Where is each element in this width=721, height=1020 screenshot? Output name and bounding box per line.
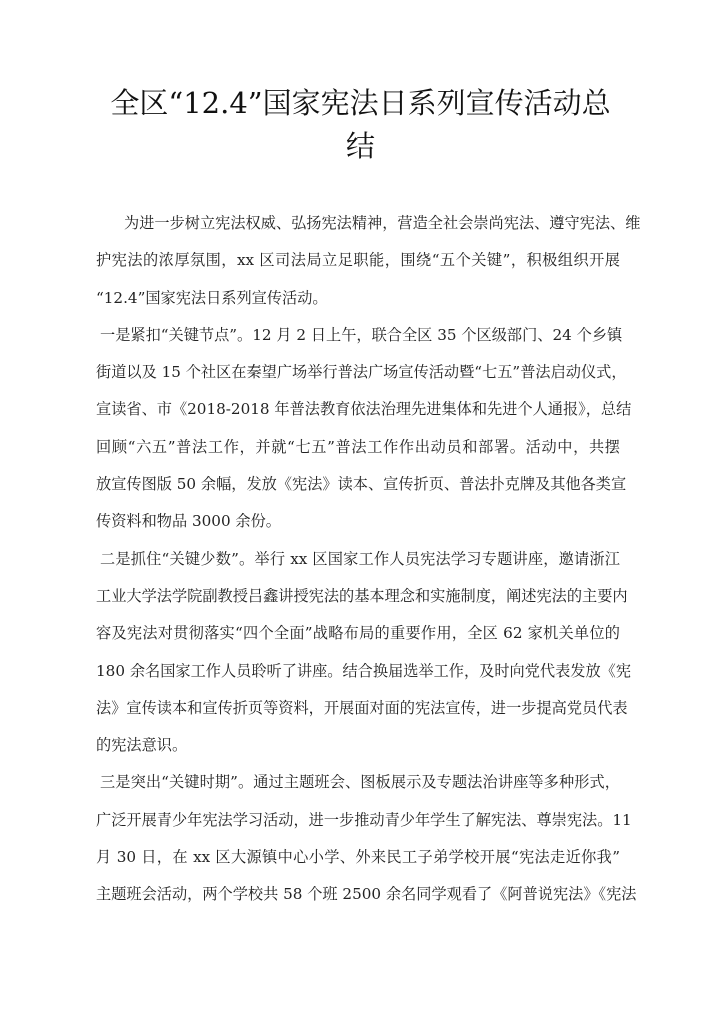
text-line: 主题班会活动，两个学校共 58 个班 2500 余名同学观看了《阿普说宪法》《宪… <box>96 876 620 913</box>
document-page: 全区“12.4”国家宪法日系列宣传活动总 结 为进一步树立宪法权威、弘扬宪法精神… <box>0 0 721 1020</box>
document-title: 全区“12.4”国家宪法日系列宣传活动总 结 <box>100 82 621 168</box>
paragraph-key-period: 三是突出“关键时期”。通过主题班会、图板展示及专题法治讲座等多种形式， 广泛开展… <box>96 764 620 913</box>
text-line: 二是抓住“关键少数”。举行 xx 区国家工作人员宪法学习专题讲座，邀请浙江 <box>96 541 620 578</box>
text-line: 容及宪法对贯彻落实“四个全面”战略布局的重要作用，全区 62 家机关单位的 <box>96 615 620 652</box>
title-line-2: 结 <box>100 125 621 168</box>
text-line: 回顾“六五”普法工作，并就“七五”普法工作作出动员和部署。活动中，共摆 <box>96 429 620 466</box>
text-line: 的宪法意识。 <box>96 727 620 764</box>
text-line: “12.4”国家宪法日系列宣传活动。 <box>96 280 620 317</box>
text-line: 三是突出“关键时期”。通过主题班会、图板展示及专题法治讲座等多种形式， <box>96 764 620 801</box>
text-line: 180 余名国家工作人员聆听了讲座。结合换届选举工作，及时向党代表发放《宪 <box>96 653 620 690</box>
paragraph-key-minority: 二是抓住“关键少数”。举行 xx 区国家工作人员宪法学习专题讲座，邀请浙江 工业… <box>96 541 620 765</box>
text-line: 宣读省、市《2018-2018 年普法教育依法治理先进集体和先进个人通报》，总结 <box>96 391 620 428</box>
text-line: 护宪法的浓厚氛围，xx 区司法局立足职能，围绕“五个关键”，积极组织开展 <box>96 242 620 279</box>
text-line: 月 30 日，在 xx 区大源镇中心小学、外来民工子弟学校开展“宪法走近你我” <box>96 839 620 876</box>
text-line: 传资料和物品 3000 余份。 <box>96 503 620 540</box>
text-line: 法》宣传读本和宣传折页等资料，开展面对面的宪法宣传，进一步提高党员代表 <box>96 690 620 727</box>
title-line-1: 全区“12.4”国家宪法日系列宣传活动总 <box>100 82 621 125</box>
text-line: 街道以及 15 个社区在秦望广场举行普法广场宣传活动暨“七五”普法启动仪式， <box>96 354 620 391</box>
paragraph-intro: 为进一步树立宪法权威、弘扬宪法精神，营造全社会崇尚宪法、遵守宪法、维 <box>110 205 620 242</box>
paragraph-key-nodes: 一是紧扣“关键节点”。12 月 2 日上午，联合全区 35 个区级部门、24 个… <box>96 317 620 541</box>
text-line: 放宣传图版 50 余幅，发放《宪法》读本、宣传折页、普法扑克牌及其他各类宣 <box>96 466 620 503</box>
text-line: 一是紧扣“关键节点”。12 月 2 日上午，联合全区 35 个区级部门、24 个… <box>96 317 620 354</box>
paragraph-intro-cont: 护宪法的浓厚氛围，xx 区司法局立足职能，围绕“五个关键”，积极组织开展 “12… <box>96 242 620 317</box>
text-line: 工业大学法学院副教授吕鑫讲授宪法的基本理念和实施制度，阐述宪法的主要内 <box>96 578 620 615</box>
text-line: 广泛开展青少年宪法学习活动，进一步推动青少年学生了解宪法、尊崇宪法。11 <box>96 802 620 839</box>
text-line: 为进一步树立宪法权威、弘扬宪法精神，营造全社会崇尚宪法、遵守宪法、维 <box>124 205 620 242</box>
document-body: 为进一步树立宪法权威、弘扬宪法精神，营造全社会崇尚宪法、遵守宪法、维 护宪法的浓… <box>110 205 620 914</box>
